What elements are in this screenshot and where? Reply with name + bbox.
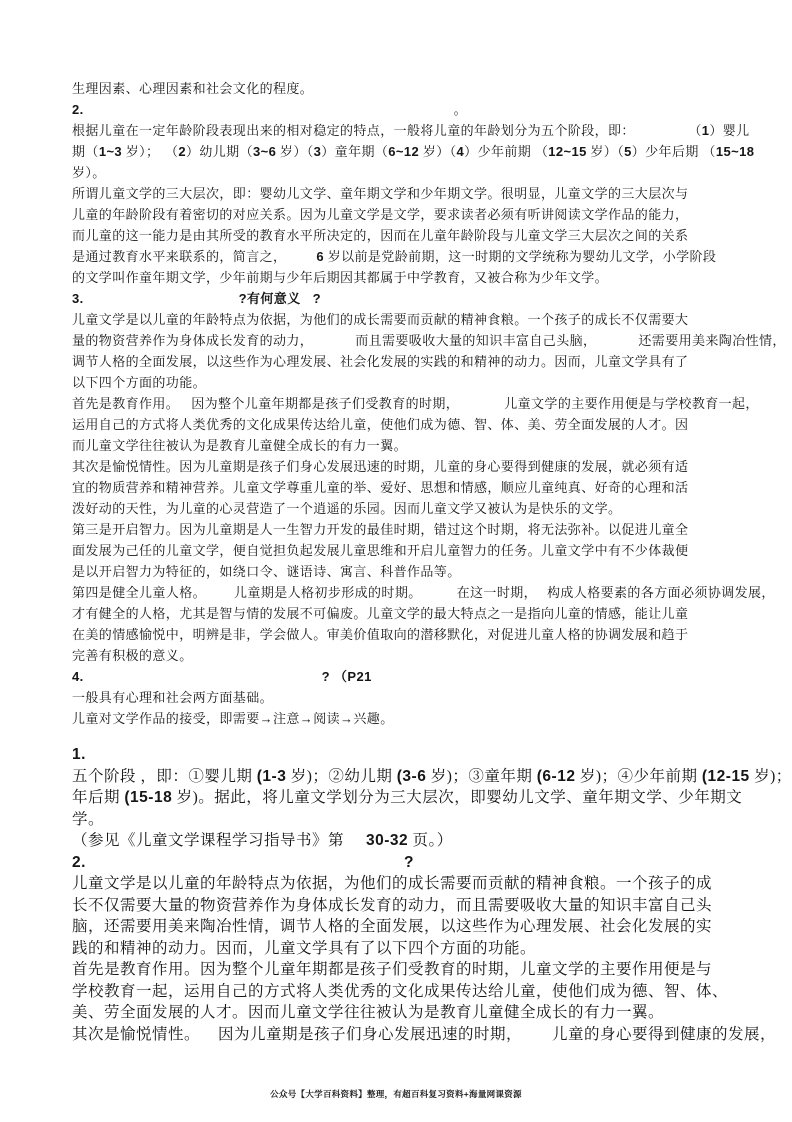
text-line: 第三是开启智力。因为儿童期是人一生智力开发的最佳时期，错过这个时期，将无法弥补。… <box>72 519 732 540</box>
text-line: 泼好动的天性，为儿童的心灵营造了一个逍遥的乐园。因而儿童文学又被认为是快乐的文学… <box>72 498 732 519</box>
text-line: 运用自己的方式将人类优秀的文化成果传达给儿童，使他们成为德、智、体、美、劳全面发… <box>72 414 732 435</box>
section-answers-large: 1.五个阶段 ，即：①婴儿期 (1-3 岁)；②幼儿期 (3-6 岁)；③童年期… <box>72 744 732 1045</box>
text-line: 完善有积极的意义。 <box>72 645 732 666</box>
text-line: 一般具有心理和社会两方面基础。 <box>72 687 732 708</box>
text-line: 才有健全的人格，尤其是智与情的发展不可偏废。儿童文学的最大特点之一是指向儿童的情… <box>72 603 732 624</box>
text-line: 2.。 <box>72 99 732 120</box>
text-line: 脑，还需要用美来陶冶性情，调节人格的全面发展，以这些作为心理发展、社会化发展的实 <box>72 916 732 938</box>
text-line: 量的物资营养作为身体成长发育的动力，而且需要吸收大量的知识丰富自己头脑，还需要用… <box>72 330 732 351</box>
text-line: 所谓儿童文学的三大层次，即：婴幼儿文学、童年期文学和少年期文学。很明显，儿童文学… <box>72 183 732 204</box>
text-line: 儿童文学是以儿童的年龄特点为依据，为他们的成长需要而贡献的精神食粮。一个孩子的成… <box>72 309 732 330</box>
text-line: 面发展为己任的儿童文学，便自觉担负起发展儿童思维和开启儿童智力的任务。儿童文学中… <box>72 540 732 561</box>
text-line: 宜的物质营养和精神营养。儿童文学尊重儿童的举、爱好、思想和情感，顺应儿童纯真、好… <box>72 477 732 498</box>
text-line: 其次是愉悦情性。因为儿童期是孩子们身心发展迅速的时期，儿童的身心要得到健康的发展… <box>72 1024 732 1046</box>
text-line: 首先是教育作用。因为整个儿童年期都是孩子们受教育的时期，儿童文学的主要作用便是与… <box>72 393 732 414</box>
text-line: 美、劳全面发展的人才。因而儿童文学往往被认为是教育儿童健全成长的有力一翼。 <box>72 1002 732 1024</box>
text-line: （参见《儿童文学课程学习指导书》第30-32 页。） <box>72 830 732 852</box>
text-line: 而儿童的这一能力是由其所受的教育水平所决定的，因而在儿童年龄阶段与儿童文学三大层… <box>72 225 732 246</box>
text-line: 3.?有何意义? <box>72 288 732 309</box>
text-line: 而儿童文学往往被认为是教育儿童健全成长的有力一翼。 <box>72 435 732 456</box>
text-line: 学。 <box>72 809 732 831</box>
text-line: 调节人格的全面发展，以这些作为心理发展、社会化发展的实践的和精神的动力。因而，儿… <box>72 351 732 372</box>
text-line: 长不仅需要大量的物资营养作为身体成长发育的动力，而且需要吸收大量的知识丰富自己头 <box>72 895 732 917</box>
text-line: 4.? （P21 <box>72 666 732 687</box>
text-line: 是以开启智力为特征的，如绕口令、谜语诗、寓言、科普作品等。 <box>72 561 732 582</box>
text-line: 儿童对文学作品的接受，即需要→注意→阅读→兴趣。 <box>72 708 732 729</box>
text-line: 儿童的年龄阶段有着密切的对应关系。因为儿童文学是文学，要求读者必须有听讲阅读文学… <box>72 204 732 225</box>
text-line: 其次是愉悦情性。因为儿童期是孩子们身心发展迅速的时期，儿童的身心要得到健康的发展… <box>72 456 732 477</box>
text-line: 岁）。 <box>72 162 732 183</box>
text-line: 根据儿童在一定年龄阶段表现出来的相对稳定的特点，一般将儿童的年龄划分为五个阶段，… <box>72 120 732 141</box>
text-line: 儿童文学是以儿童的年龄特点为依据，为他们的成长需要而贡献的精神食粮。一个孩子的成 <box>72 873 732 895</box>
text-line: 年后期 (15-18 岁)。据此，将儿童文学划分为三大层次，即婴幼儿文学、童年期… <box>72 787 732 809</box>
text-line: 是通过教育水平来联系的，简言之，6 岁以前是党龄前期，这一时期的文学统称为婴幼儿… <box>72 246 732 267</box>
text-line: 以下四个方面的功能。 <box>72 372 732 393</box>
footer-note: 公众号【大学百科资料】整理，有超百科复习资料+海量网课资源 <box>0 1088 792 1100</box>
document-page: 生理因素、心理因素和社会文化的程度。2.。根据儿童在一定年龄阶段表现出来的相对稳… <box>0 0 792 1122</box>
text-line: 2.? <box>72 852 732 874</box>
text-line: 践的和精神的动力。因而，儿童文学具有了以下四个方面的功能。 <box>72 938 732 960</box>
text-line: 五个阶段 ，即：①婴儿期 (1-3 岁)；②幼儿期 (3-6 岁)；③童年期 (… <box>72 766 732 788</box>
text-line: 第四是健全儿童人格。儿童期是人格初步形成的时期。在这一时期，构成人格要素的各方面… <box>72 582 732 603</box>
text-line: 期（1~3 岁）；（2）幼儿期（3~6 岁）（3）童年期（6~12 岁）（4）少… <box>72 141 732 162</box>
text-line: 的文学叫作童年期文学，少年前期与少年后期因其都属于中学教育，又被合称为少年文学。 <box>72 267 732 288</box>
document-body: 生理因素、心理因素和社会文化的程度。2.。根据儿童在一定年龄阶段表现出来的相对稳… <box>0 0 792 1045</box>
text-line: 1. <box>72 744 732 766</box>
text-line: 生理因素、心理因素和社会文化的程度。 <box>72 78 732 99</box>
text-line: 首先是教育作用。因为整个儿童年期都是孩子们受教育的时期，儿童文学的主要作用便是与 <box>72 959 732 981</box>
text-line: 在美的情感愉悦中，明辨是非，学会做人。审美价值取向的潜移默化，对促进儿童人格的协… <box>72 624 732 645</box>
section-answers-compact: 生理因素、心理因素和社会文化的程度。2.。根据儿童在一定年龄阶段表现出来的相对稳… <box>72 78 732 729</box>
text-line: 学校教育一起，运用自己的方式将人类优秀的文化成果传达给儿童，使他们成为德、智、体… <box>72 981 732 1003</box>
